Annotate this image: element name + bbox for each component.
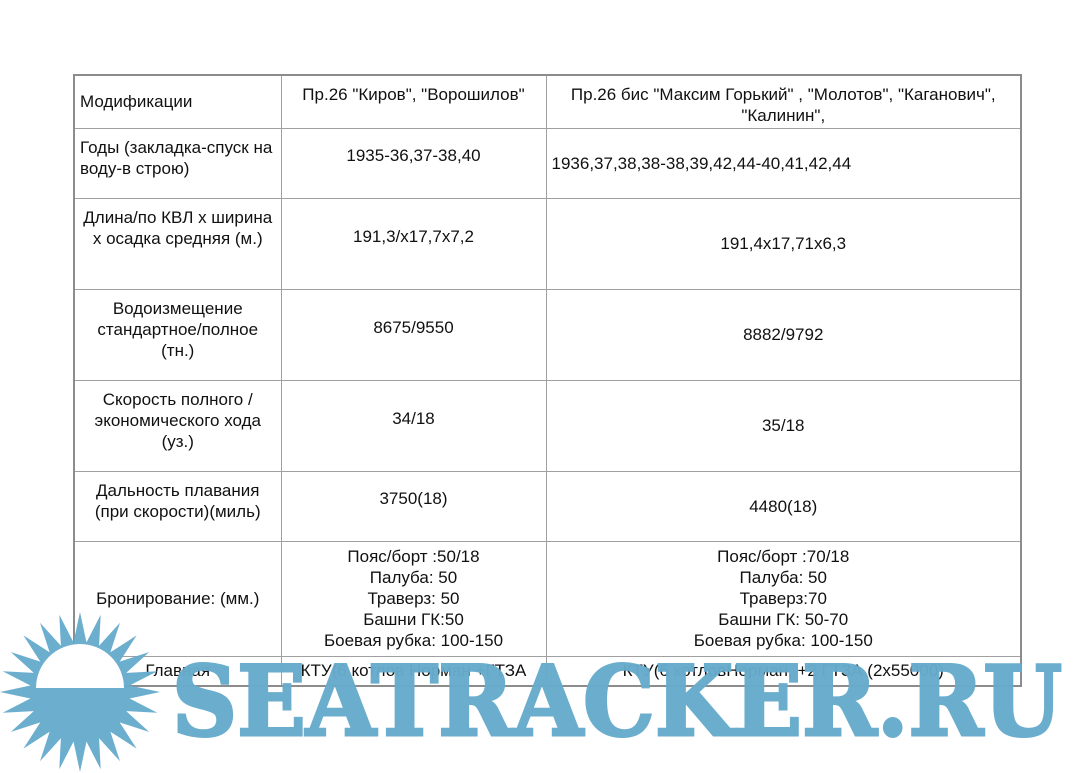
armor-line: Палуба: 50 [287,567,541,588]
header-kirov: Пр.26 "Киров", "Ворошилов" [281,75,546,128]
table-row: Водоизмещение стандартное/полное (тн.) 8… [74,289,1021,380]
armor-list-kirov: Пояс/борт :50/18 Палуба: 50 Траверз: 50 … [281,541,546,656]
cell-value: 34/18 [281,380,546,471]
armor-line: Башни ГК:50 [287,609,541,630]
table-row: Длина/по КВЛ х ширина х осадка средняя (… [74,198,1021,289]
table-row: Скорость полного / экономического хода (… [74,380,1021,471]
header-gorky: Пр.26 бис "Максим Горький" , "Молотов", … [546,75,1021,128]
cell-value: КТУ(6 котлов Норман +ГТЗА [281,656,546,686]
row-label: Дальность плавания (при скорости)(миль) [74,471,281,541]
cell-value: 1936,37,38,38-38,39,42,44-40,41,42,44 [546,128,1021,198]
armor-line: Палуба: 50 [552,567,1016,588]
armor-line: Траверз: 50 [287,588,541,609]
cell-value: КТУ(6 котловНорман, +2 ГТЗА (2х55000) [546,656,1021,686]
table-row: Дальность плавания (при скорости)(миль) … [74,471,1021,541]
armor-line: Башни ГК: 50-70 [552,609,1016,630]
armor-line: Пояс/борт :50/18 [287,546,541,567]
cell-value: 191,3/х17,7х7,2 [281,198,546,289]
row-label: Водоизмещение стандартное/полное (тн.) [74,289,281,380]
row-label: Годы (закладка-спуск на воду-в строю) [74,128,281,198]
cell-value: 4480(18) [546,471,1021,541]
row-label: Скорость полного / экономического хода (… [74,380,281,471]
specs-table: Модификации Пр.26 "Киров", "Ворошилов" П… [73,74,1022,687]
row-label: Длина/по КВЛ х ширина х осадка средняя (… [74,198,281,289]
cell-value: 3750(18) [281,471,546,541]
table-row: Главная КТУ(6 котлов Норман +ГТЗА КТУ(6 … [74,656,1021,686]
cell-value: 8882/9792 [546,289,1021,380]
cell-value: 1935-36,37-38,40 [281,128,546,198]
table-row: Бронирование: (мм.) Пояс/борт :50/18 Пал… [74,541,1021,656]
armor-line: Боевая рубка: 100-150 [287,630,541,651]
armor-list-gorky: Пояс/борт :70/18 Палуба: 50 Траверз:70 Б… [546,541,1021,656]
row-label: Бронирование: (мм.) [74,541,281,656]
armor-line: Траверз:70 [552,588,1016,609]
header-label: Модификации [74,75,281,128]
table-row: Годы (закладка-спуск на воду-в строю) 19… [74,128,1021,198]
armor-line: Боевая рубка: 100-150 [552,630,1016,651]
row-label: Главная [74,656,281,686]
armor-line: Пояс/борт :70/18 [552,546,1016,567]
cell-value: 191,4х17,71х6,3 [546,198,1021,289]
table-header-row: Модификации Пр.26 "Киров", "Ворошилов" П… [74,75,1021,128]
cell-value: 8675/9550 [281,289,546,380]
cell-value: 35/18 [546,380,1021,471]
